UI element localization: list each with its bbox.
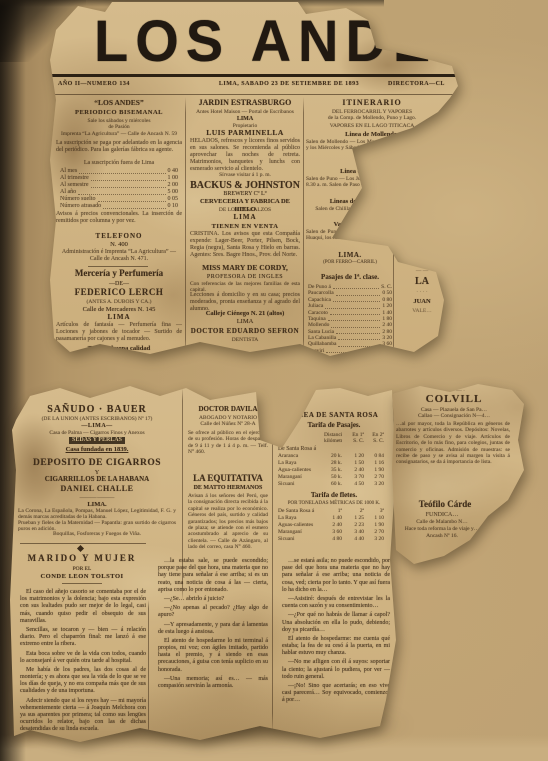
tarifa-fletes-sub: POR TONELADAS MÉTRICAS DE 1000 K. <box>278 501 390 507</box>
station: La Raya <box>278 515 324 522</box>
dateline-date: LIMA, SABADO 23 DE SETIEMBRE DE 1893 <box>196 81 382 88</box>
itinerario-sub3: VAPORES EN EL LAGO TITICACA <box>306 123 438 129</box>
feuilleton-paragraph: El caso del añejo casorio se comentaba p… <box>20 589 146 625</box>
fragment-bottom-paper: SAÑUDO · BAUER (DE LA UNION (ANTES ESCRI… <box>10 382 402 748</box>
lerch-ad-name: FEDERICO LERCH <box>56 288 182 298</box>
backus-ad-title: BACKUS & JOHNSTON <box>190 180 300 191</box>
publication-line: Imprenta “La Agricultura” — Calle de Anc… <box>56 131 182 137</box>
scrap-word-vale: VALE… <box>400 308 444 314</box>
distance: 20 k. <box>324 453 342 460</box>
santa-rosa-line-title: LINEA DE SANTA ROSA <box>278 412 390 420</box>
feuilleton-column-2: …la estaba sale, se puede escondido; por… <box>158 558 268 692</box>
scrap-line: — — <box>400 268 444 274</box>
fare-1st: 3 70 <box>342 474 364 481</box>
colville-line2: Callao — Consignación N—4… <box>394 413 514 419</box>
th: 2ª <box>342 508 364 515</box>
tarifa-fletes-header: De Santa Rosa á1ª2ª3ª <box>278 508 390 515</box>
fragment-right-paper: · — · — · COLVILL Casa — Plazuela de San… <box>388 380 540 570</box>
th: S. C. <box>364 438 384 445</box>
dotted-leader <box>333 301 380 302</box>
mary-ad-city: LIMA <box>190 318 300 326</box>
distance: 60 k. <box>324 481 342 488</box>
tarifa-fletes-rows: La Raya1 401 251 10Aguas-calientes2 402 … <box>278 515 390 543</box>
feuilleton-title: MARIDO Y MUJER <box>18 554 146 564</box>
dotted-leader <box>331 327 380 328</box>
dotted-leader <box>336 333 380 334</box>
price-label: Número atrasado <box>60 203 101 210</box>
newspaper-fragment-right: · — · — · COLVILL Casa — Plazuela de San… <box>388 380 540 570</box>
dotted-leader <box>103 208 165 209</box>
guaqui-line-heading: Lineas del Guaqui. <box>306 198 406 206</box>
sanudo-ad-founded: Casa fundada en 1839. <box>18 446 176 454</box>
station: Maranganí <box>278 529 324 536</box>
feuilleton-paragraph: El atento de hospedarme: me cuenta qué e… <box>282 636 390 658</box>
sanudo-ad-chip-row: SEDAS Y PERLAS <box>18 437 176 444</box>
subscription-intro: La suscripción se paga por adelantado en… <box>56 140 182 154</box>
rate-1st: 4 80 <box>324 536 342 543</box>
tarifa-pasajes-rows: Araranca20 k.1 200 84La Raya28 k.1 501 1… <box>278 453 390 488</box>
rate-2nd: 4 40 <box>342 536 364 543</box>
sanudo-ad-title: SAÑUDO · BAUER <box>18 404 176 415</box>
feuilleton-por: POR EL <box>18 566 146 572</box>
fare-destination: Ayaviri <box>308 348 324 354</box>
teofilo-title: Teófilo Cárde <box>390 500 500 510</box>
teofilo-line4: Ancash Nº 16. <box>390 533 494 539</box>
th: kilómetros <box>324 438 342 445</box>
feuilleton-column-1: El caso del añejo casorio se comentaba p… <box>20 589 146 736</box>
rate-1st: 3 60 <box>324 529 342 536</box>
feuilleton-paragraph: Esta boca sobre ve de la vida con todos,… <box>20 651 146 665</box>
station: Sicuani <box>278 481 324 488</box>
equitativa-title: LA EQUITATIVA <box>188 474 268 484</box>
feuilleton-rule <box>20 543 146 544</box>
fare-2nd: 1 90 <box>364 467 384 474</box>
pasajes-fare-list: De Puno áS. C.Paucarcolla0 50Capachica0 … <box>308 284 392 354</box>
fare-1st: 1 20 <box>342 453 364 460</box>
feuilleton-paragraph: —¿Por qué no habrás de llamar á capol? U… <box>282 612 390 634</box>
jardin-ad-title: JARDIN ESTRASBURGO <box>190 99 300 108</box>
paper-name-heading: “LOS ANDES” <box>56 99 182 107</box>
doctor-ad-title: DOCTOR EDUARDO SEFRON <box>190 328 300 336</box>
dateline-director: DIRECTORA—CL <box>388 81 460 88</box>
column-rule <box>393 225 394 353</box>
th <box>278 438 324 445</box>
newspaper-fragment-bottom: SAÑUDO · BAUER (DE LA UNION (ANTES ESCRI… <box>10 382 402 748</box>
feuilleton-paragraph: —Y apresadamente, y para dar á lamentas … <box>158 622 268 636</box>
doctor-ad-sub: DENTISTA <box>190 337 300 343</box>
dotted-leader <box>328 320 381 321</box>
colville-body: …al por mayor, toda la República en géne… <box>396 421 510 466</box>
column-rule <box>303 97 304 355</box>
dotted-leader <box>98 201 166 202</box>
lima-sub: (POR FERRO—CARRIL) <box>306 260 394 266</box>
column-rule <box>148 600 149 736</box>
backus-ad-venta: TIENEN EN VENTA <box>190 223 300 231</box>
feuilleton-column-3: …se estará asila; no puede escondido, po… <box>282 558 390 707</box>
fare-2nd: 2 70 <box>364 474 384 481</box>
feuilleton-paragraph: —Asistiré: después de entrevistar les la… <box>282 596 390 610</box>
feuilleton-paragraph: —¡No! Sino que acertarás; en eso vive ca… <box>282 683 390 705</box>
deposito-body1: La Corona, La Española, Pompas, Manuel L… <box>18 508 176 521</box>
vapores-heading: Vapores del L… <box>306 221 406 229</box>
masthead-rule <box>50 74 460 77</box>
dateline-issue: AÑO II—NUMERO 134 <box>58 81 188 88</box>
dotted-leader <box>326 352 380 353</box>
dotted-leader <box>338 346 380 347</box>
scrap-word-juan: JUAN <box>400 298 444 306</box>
rate-2nd: 2 23 <box>342 522 364 529</box>
tarifa-fletes-heading: Tarifa de fletes. <box>278 492 390 500</box>
paper-subtitle: PERIODICO BISEMANAL <box>56 109 182 117</box>
rate-1st: 2 40 <box>324 522 342 529</box>
station: Sicuani <box>278 536 324 543</box>
th: S. C. <box>342 438 364 445</box>
sanudo-ad-line: Casa de Palma — Cigarros Finos y Anexos <box>18 430 176 436</box>
davila-ad-title: DOCTOR DAVILA <box>188 406 268 414</box>
tarifa-pasajes-heading: Tarifa de Pasajes. <box>278 422 390 430</box>
mary-ad-title: MISS MARY DE CORDY, <box>190 264 300 272</box>
avisos-note: Avisos á precios convencionales. La inse… <box>56 211 182 225</box>
deposito-body3: Boquillas, Fosforeras y Fuegos de Viña. <box>18 531 176 537</box>
feuilleton-paragraph: Adecir siendo que si los reyes hay — mi … <box>20 698 146 734</box>
section-rule <box>88 266 148 267</box>
tarifa-pasajes-label: De Santa Rosa á <box>278 446 390 453</box>
station: Maranganí <box>278 474 324 481</box>
telefono-number: N. 400 <box>56 241 182 249</box>
rate-3rd: 1 90 <box>364 522 384 529</box>
scrap-word-la: LA <box>400 276 444 287</box>
deposito-sub: CIGARRILLOS DE LA HABANA <box>18 476 176 484</box>
distance: 35 k. <box>324 467 342 474</box>
davila-ad-line: Calle del Núñez Nº 28-A <box>188 421 268 427</box>
column-rule <box>185 97 186 355</box>
jardin-ad-footer: Sírvase visitar á 1 p. m. <box>190 172 300 178</box>
puno-line-heading: Linea de Puno. <box>306 168 416 176</box>
rate-2nd: 1 25 <box>342 515 364 522</box>
feuilleton-paragraph: —¿Se… abrirlo á juicio? <box>158 596 268 603</box>
puno-line-body: Salen de Puno — Los Jueves cada 15 días,… <box>306 176 412 189</box>
lerch-ad-city: LIMA <box>56 314 182 322</box>
fare-value: 4 20 <box>382 348 392 354</box>
feuilleton-author-rule <box>62 583 102 584</box>
th: 1ª <box>324 508 342 515</box>
itinerario-sub2: de la Comp. de Mollendo, Puno y Lago. <box>306 115 438 121</box>
dotted-leader <box>333 288 379 289</box>
station: Aguas-calientes <box>278 522 324 529</box>
rate-3rd: 3 20 <box>364 536 384 543</box>
deposito-title: DEPOSITO DE CIGARROS <box>18 458 176 468</box>
station: Agua-calientes <box>278 467 324 474</box>
station: Araranca <box>278 453 324 460</box>
jardin-ad-owner: LUIS PARMINELLA <box>190 129 300 137</box>
distance: 28 k. <box>324 460 342 467</box>
dotted-leader <box>91 180 166 181</box>
feuilleton-paragraph: …la estaba sale, se puede escondido; por… <box>158 558 268 594</box>
dotted-leader <box>336 295 381 296</box>
colville-title: COLVILL <box>394 393 514 405</box>
dotted-leader <box>325 308 380 309</box>
admin-address: Administración é Imprenta “La Agricultur… <box>56 249 182 263</box>
teofilo-line3: Hace toda reforma la de viaje y… <box>390 526 494 532</box>
mollendo-line-heading: Linea de Mollendo. <box>306 131 438 139</box>
subscription-price-list: Al mes0 40Al trimestre1 00Al semestre2 0… <box>60 168 178 210</box>
lima-heading: LIMA. <box>306 252 394 260</box>
davila-ad-lines: ABOGADO Y NOTARIOCalle del Núñez Nº 28-A <box>188 415 268 428</box>
lerch-ad-body: Artículos de fantasía — Perfumería fina … <box>56 322 182 343</box>
rate-3rd: 2 70 <box>364 529 384 536</box>
fare-1st: 1 50 <box>342 460 364 467</box>
lerch-ad-title: Mercería y Perfumería <box>56 269 182 279</box>
fare-1st: 2 40 <box>342 467 364 474</box>
jardin-ad-sub: Antes Hotel Maison — Portal de Escribano… <box>190 109 300 115</box>
fare-2nd: 3 20 <box>364 481 384 488</box>
fragment-top-paper: LOS ANDES AÑO II—NUMERO 134 LIMA, SABADO… <box>48 0 468 364</box>
price-value: 0 10 <box>168 203 179 210</box>
fare-2nd: 1 16 <box>364 460 384 467</box>
dotted-leader <box>330 314 381 315</box>
itinerario-title: ITINERARIO <box>306 99 438 108</box>
th: De Santa Rosa á <box>278 508 324 515</box>
feuilleton-paragraph: —Una memoria; así es… — más compasión se… <box>158 676 268 690</box>
teofilo-line2: Calle de Malambo N… <box>390 519 494 525</box>
dotted-leader <box>91 187 166 188</box>
lerch-ad-footer: Todo de buena calidad <box>56 345 182 353</box>
fare-value: 3 60 <box>382 341 392 347</box>
vapores-body: Salen de Puno para Chililaya, del Plata,… <box>306 229 406 242</box>
feuilleton-paragraph: Sencillas, se tocaron y — bien — á relac… <box>20 627 146 649</box>
subscription-heading: La suscripción fuera de Lima <box>56 160 182 167</box>
tarifa-pasajes-header2: kilómetrosS. C.S. C. <box>278 438 390 445</box>
column-rule <box>272 388 273 734</box>
masthead-title: LOS ANDES <box>94 7 482 75</box>
feuilleton-author: CONDE LEON TOLSTOI <box>18 573 146 581</box>
diamond-ornament <box>77 545 84 552</box>
jardin-ad-body: HELADOS, refrescos y licores finos servi… <box>190 138 300 173</box>
backus-ad-body: CRISTINA. Los avisos que esta Compañía e… <box>190 231 300 259</box>
deposito-name: DANIEL CHALLE <box>18 485 176 494</box>
scrap-line: · · · · <box>400 289 444 295</box>
feuilleton-paragraph: El atento de hospedarme lo mi terminal á… <box>158 638 268 674</box>
mary-ad-address: Calleje Ciénego N. 21 (altos) <box>190 310 300 318</box>
feuilleton-paragraph: —¿No apenas al pecado? ¿Hay algo de apur… <box>158 605 268 619</box>
rate-2nd: 3 40 <box>342 529 364 536</box>
publication-lines: Sale los sábados y miércolesde PasiónImp… <box>56 118 182 137</box>
davila-ad-body: Se ofrece al público en el ejercicio de … <box>188 430 268 456</box>
feuilleton-paragraph: Me había de los padres, las dos cosas al… <box>20 667 146 696</box>
dateline-rule <box>50 94 462 95</box>
equitativa-sub: DE MATTO HERMANOS <box>188 485 268 492</box>
newspaper-fragment-top: LOS ANDES AÑO II—NUMERO 134 LIMA, SABADO… <box>48 0 468 364</box>
telefono-heading: TELEFONO <box>56 233 182 241</box>
equitativa-body: Avisan á los señores del Perú, que la co… <box>188 493 268 550</box>
dotted-leader <box>338 339 380 340</box>
dotted-leader <box>79 173 165 174</box>
guaqui-line-body: Salen de Chililaya — Los Lunes y… <box>306 206 406 212</box>
fare-2nd: 0 84 <box>364 453 384 460</box>
sanudo-ad-sub: (DE LA UNION (ANTES ESCRIBANOS) Nº 17) <box>18 416 176 422</box>
sanudo-ad-chip: SEDAS Y PERLAS <box>69 437 125 444</box>
lerch-ad-former: (ANTES A. DUBOIS Y CA.) <box>56 299 182 305</box>
fare-1st: 4 50 <box>342 481 364 488</box>
feuilleton-paragraph: —No me afligen con él á suyos: soportar … <box>282 659 390 681</box>
backus-ad-city: LIMA <box>190 214 300 222</box>
rate-1st: 1 40 <box>324 515 342 522</box>
pasajes-heading: Pasajes de 1ª. clase. <box>306 274 394 282</box>
th: 3ª <box>364 508 384 515</box>
feuilleton-paragraph: …se estará asila; no puede escondido, po… <box>282 558 390 594</box>
newspaper-scan-page: LOS ANDES AÑO II—NUMERO 134 LIMA, SABADO… <box>0 0 548 761</box>
station: La Raya <box>278 460 324 467</box>
distance: 50 k. <box>324 474 342 481</box>
mollendo-line-body: Salen de Mollendo — Los Martes y Viernes… <box>306 139 438 152</box>
rate-3rd: 1 10 <box>364 515 384 522</box>
